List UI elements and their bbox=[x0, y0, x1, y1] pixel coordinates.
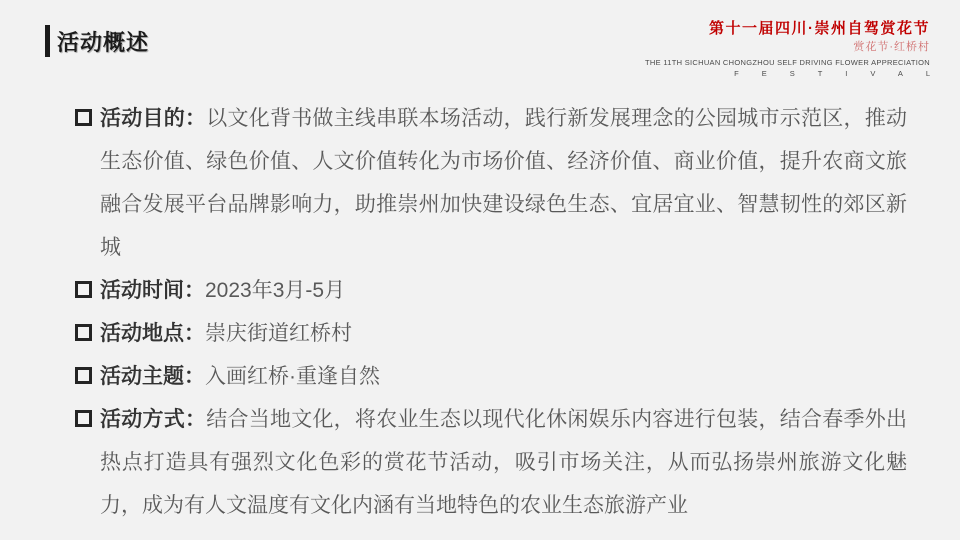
title-accent-bar bbox=[45, 25, 50, 57]
square-bullet-icon bbox=[75, 281, 92, 298]
bullet-item: 活动地点：崇庆街道红桥村 bbox=[75, 312, 907, 355]
bullet-body: 2023年3月-5月 bbox=[205, 279, 345, 302]
bullet-label: 活动方式： bbox=[100, 408, 206, 431]
bullet-list: 活动目的：以文化背书做主线串联本场活动，践行新发展理念的公园城市示范区，推动生态… bbox=[75, 97, 907, 527]
bullet-text: 活动时间：2023年3月-5月 bbox=[100, 269, 345, 312]
bullet-body: 崇庆街道红桥村 bbox=[205, 322, 352, 345]
bullet-label: 活动目的： bbox=[100, 107, 206, 130]
bullet-text: 活动方式：结合当地文化，将农业生态以现代化休闲娱乐内容进行包装，结合春季外出热点… bbox=[100, 398, 907, 527]
bullet-text: 活动目的：以文化背书做主线串联本场活动，践行新发展理念的公园城市示范区，推动生态… bbox=[100, 97, 907, 269]
bullet-body: 以文化背书做主线串联本场活动，践行新发展理念的公园城市示范区，推动生态价值、绿色… bbox=[100, 107, 907, 259]
bullet-item: 活动方式：结合当地文化，将农业生态以现代化休闲娱乐内容进行包装，结合春季外出热点… bbox=[75, 398, 907, 527]
slide: 活动概述 第十一届四川·崇州自驾赏花节 赏花节·红桥村 THE 11TH SIC… bbox=[0, 0, 960, 540]
bullet-label: 活动地点： bbox=[100, 322, 205, 345]
square-bullet-icon bbox=[75, 410, 92, 427]
bullet-label: 活动时间： bbox=[100, 279, 205, 302]
brand-festival-text: FESTIVAL bbox=[645, 69, 953, 78]
bullet-text: 活动主题：入画红桥·重逢自然 bbox=[100, 355, 380, 398]
bullet-text: 活动地点：崇庆街道红桥村 bbox=[100, 312, 352, 355]
brand-caption-en: THE 11TH SICHUAN CHONGZHOU SELF DRIVING … bbox=[645, 58, 930, 67]
section-header: 活动概述 bbox=[45, 25, 149, 57]
square-bullet-icon bbox=[75, 324, 92, 341]
brand-subtitle: 赏花节·红桥村 bbox=[645, 41, 930, 55]
bullet-body: 入画红桥·重逢自然 bbox=[205, 365, 380, 388]
bullet-item: 活动目的：以文化背书做主线串联本场活动，践行新发展理念的公园城市示范区，推动生态… bbox=[75, 97, 907, 269]
bullet-label: 活动主题： bbox=[100, 365, 205, 388]
slide-content: 活动目的：以文化背书做主线串联本场活动，践行新发展理念的公园城市示范区，推动生态… bbox=[75, 97, 907, 527]
bullet-item: 活动主题：入画红桥·重逢自然 bbox=[75, 355, 907, 398]
square-bullet-icon bbox=[75, 367, 92, 384]
bullet-body: 结合当地文化，将农业生态以现代化休闲娱乐内容进行包装，结合春季外出热点打造具有强… bbox=[100, 408, 907, 517]
brand-title: 第十一届四川·崇州自驾赏花节 bbox=[645, 20, 930, 39]
square-bullet-icon bbox=[75, 109, 92, 126]
page-title: 活动概述 bbox=[57, 26, 149, 57]
bullet-item: 活动时间：2023年3月-5月 bbox=[75, 269, 907, 312]
brand-block: 第十一届四川·崇州自驾赏花节 赏花节·红桥村 THE 11TH SICHUAN … bbox=[645, 20, 930, 78]
